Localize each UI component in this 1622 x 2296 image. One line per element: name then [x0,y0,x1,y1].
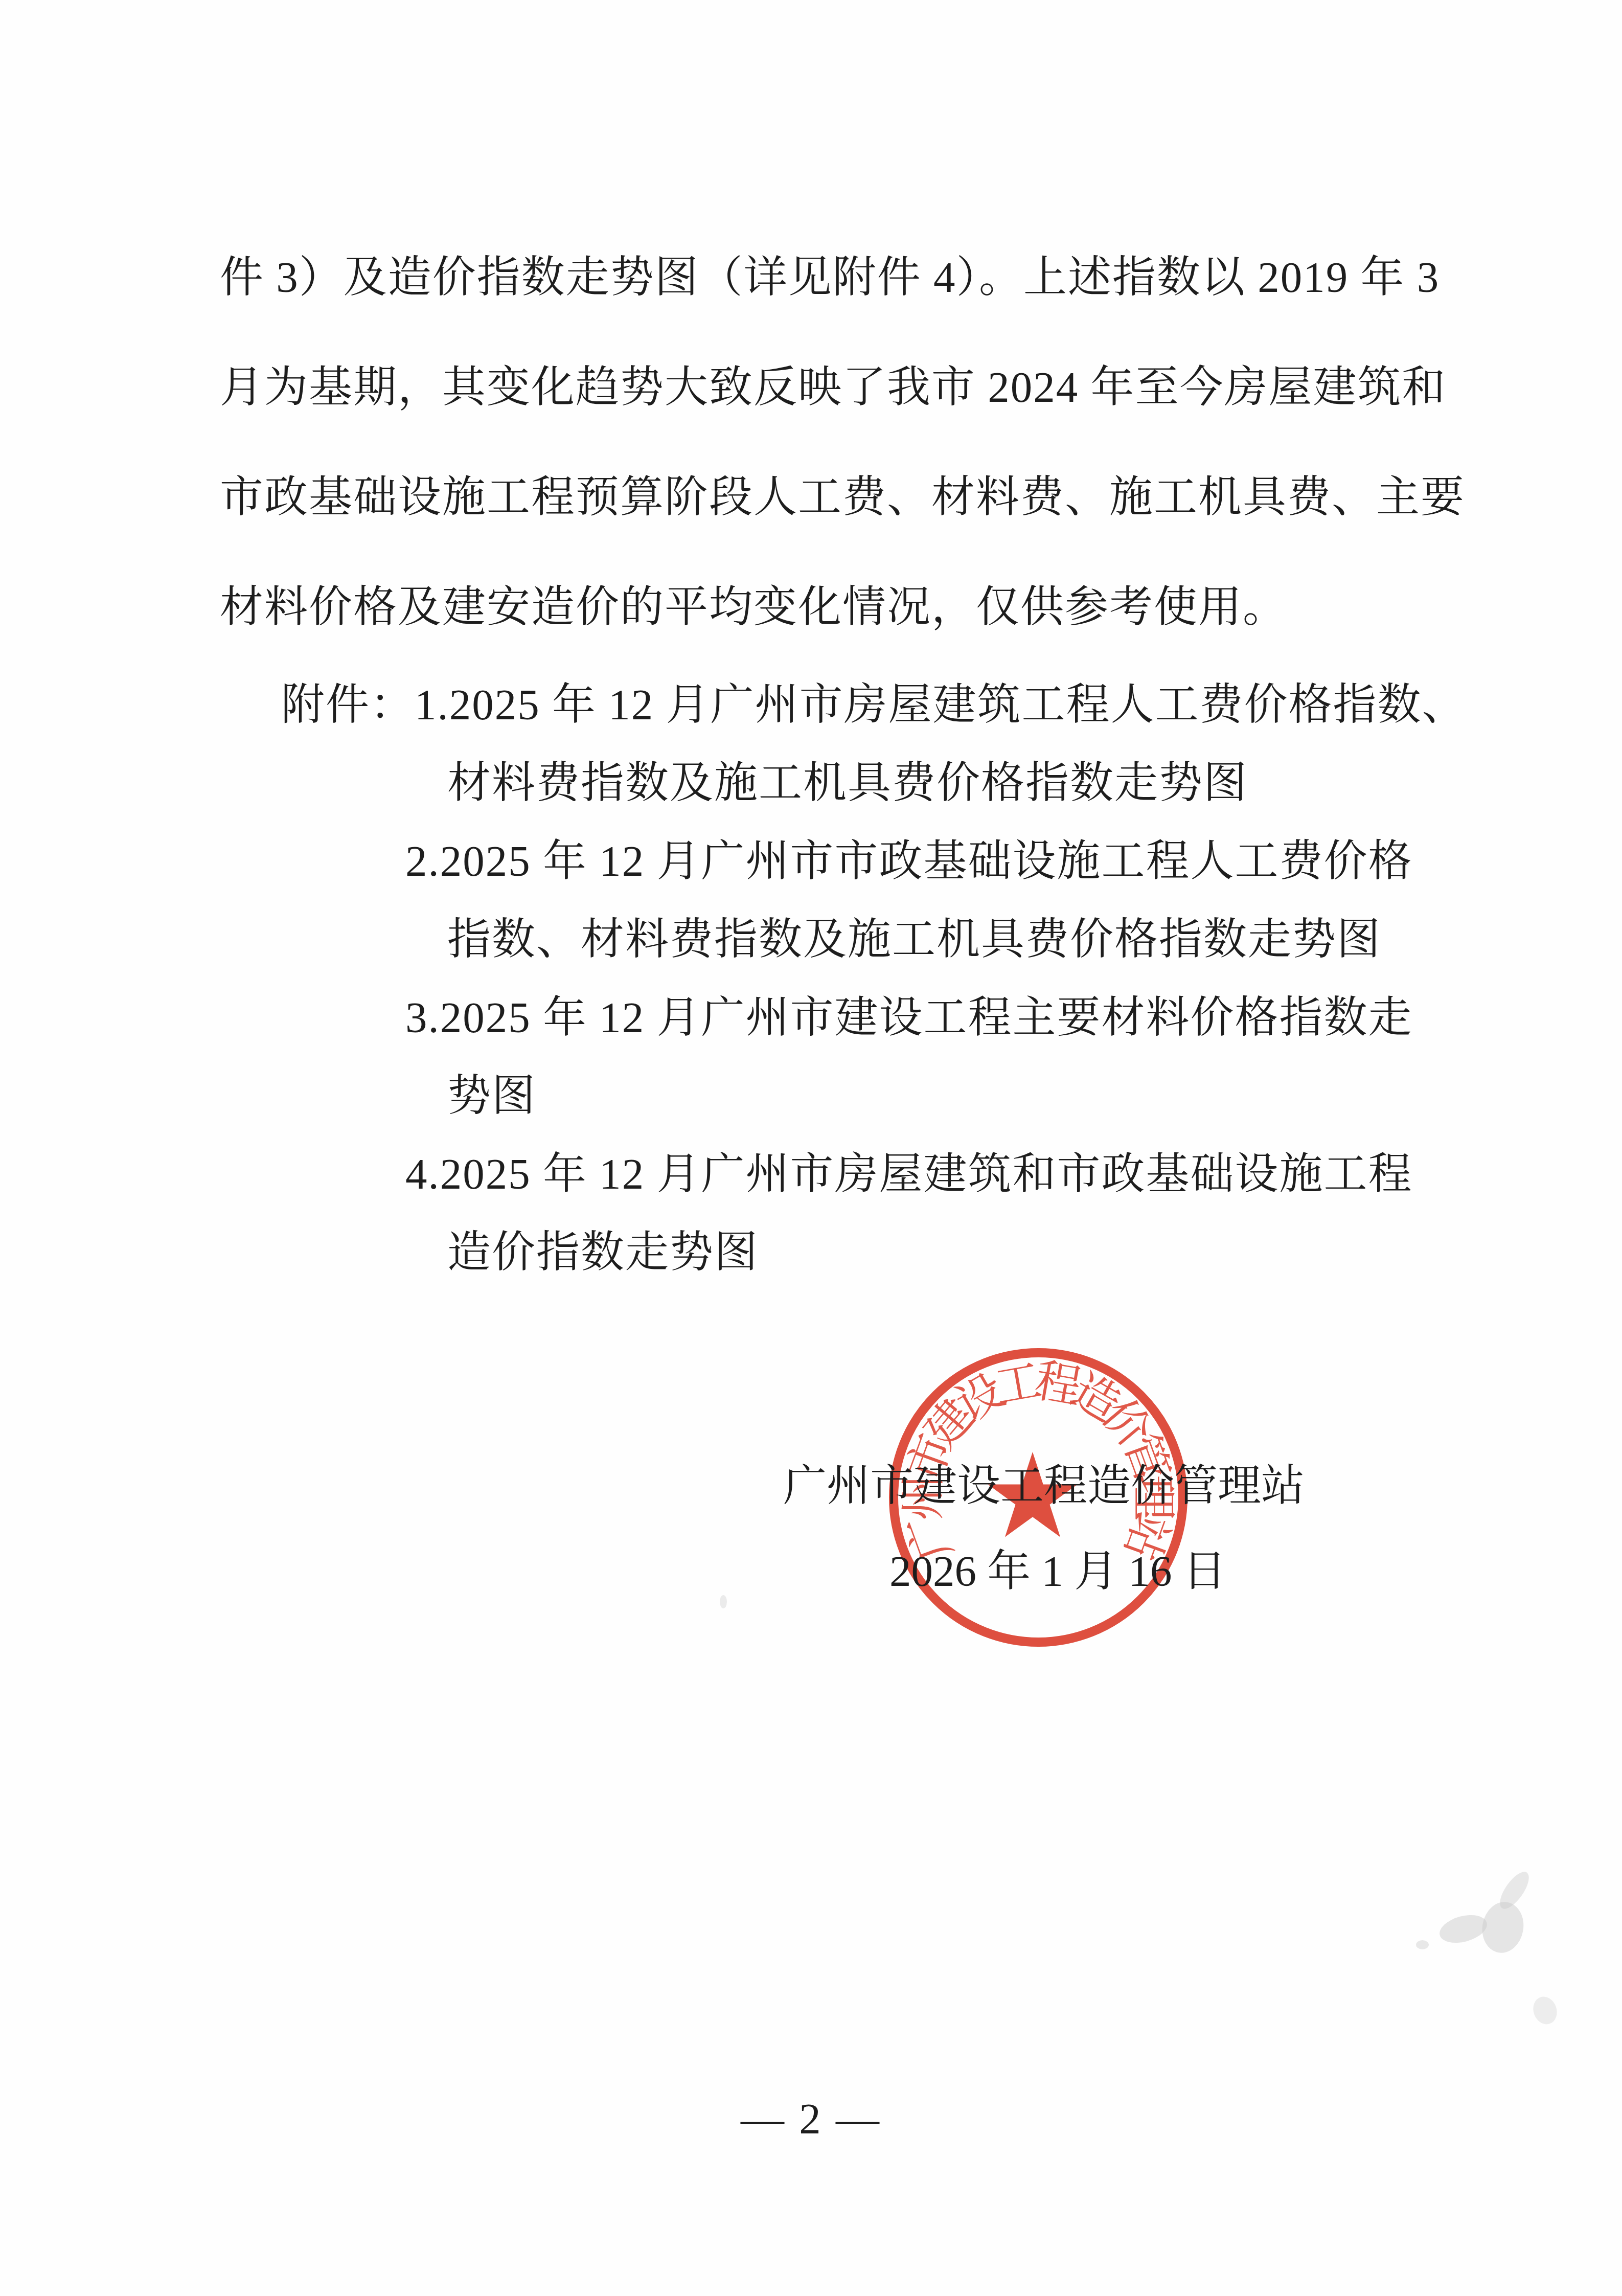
scan-smudge [1529,1993,1561,2028]
attachment-item-line: 3.2025 年 12 月广州市建设工程主要材料价格指数走 [405,979,1622,1057]
page-number: — 2 — [0,2096,1622,2142]
attachment-item-line: 2.2025 年 12 月广州市市政基础设施工程人工费价格 [405,823,1622,901]
signature-date: 2026 年 1 月 16 日 [889,1543,1226,1600]
attachment-item-line: 指数、材料费指数及施工机具费价格指数走势图 [447,901,1622,979]
scan-smudge [1416,1940,1429,1949]
scan-smudge [720,1595,727,1608]
paragraph-line: 市政基础设施工程预算阶段人工费、材料费、施工机具费、主要 [220,443,1457,553]
paragraph-line: 材料价格及建安造价的平均变化情况，仅供参考使用。 [220,553,1457,663]
attachments-block: 附件：1.2025 年 12 月广州市房屋建筑工程人工费价格指数、 材料费指数及… [0,666,1622,1292]
attachment-item-line: 4.2025 年 12 月广州市房屋建筑和市政基础设施工程 [405,1135,1622,1214]
paragraph-line: 月为基期，其变化趋势大致反映了我市 2024 年至今房屋建筑和 [220,333,1457,443]
document-page: 件 3）及造价指数走势图（详见附件 4）。上述指数以 2019 年 3 月为基期… [0,0,1622,2296]
attachment-item-line: 材料费指数及施工机具费价格指数走势图 [447,744,1622,823]
attachment-item-line: 造价指数走势图 [447,1214,1622,1292]
attachment-item-line: 势图 [447,1057,1622,1135]
body-paragraph: 件 3）及造价指数走势图（详见附件 4）。上述指数以 2019 年 3 月为基期… [220,223,1457,663]
signature-org: 广州市建设工程造价管理站 [783,1458,1305,1514]
paragraph-line: 件 3）及造价指数走势图（详见附件 4）。上述指数以 2019 年 3 [220,223,1457,333]
attachment-label-line: 附件：1.2025 年 12 月广州市房屋建筑工程人工费价格指数、 [281,666,1622,744]
